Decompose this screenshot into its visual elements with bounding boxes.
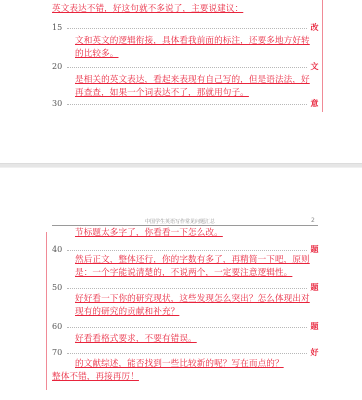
annotation-text: 是相关的英文表达，看起来表现有自己写的，但是语法法，好 <box>75 74 310 87</box>
line-number: 60 <box>52 322 66 331</box>
annotation-text: 文和英文的逻辑衔接，具体看我前面的标注，还要多地方好转 <box>75 35 310 48</box>
dotted-rule <box>67 104 307 105</box>
comment-mark-icon[interactable]: 好 <box>310 348 319 357</box>
line-separator: 50 题 <box>52 285 319 293</box>
annotation-text: 好看看格式要求，不要有错误。 <box>75 333 197 346</box>
comment-mark-icon[interactable]: 意 <box>310 99 319 108</box>
comment-margin-line <box>46 232 47 390</box>
page-header: 中国学生英语写作常见问题汇总 <box>130 218 230 225</box>
comment-mark-icon[interactable]: 题 <box>310 322 319 331</box>
line-number: 50 <box>52 283 66 292</box>
dotted-rule <box>67 327 307 328</box>
line-separator: 70 好 <box>52 350 319 358</box>
header-rule <box>52 225 318 226</box>
dotted-rule <box>67 250 307 251</box>
annotation-text: 整体不错，再接再厉！ <box>52 371 139 384</box>
annotation-text: 英文表达不错，好这句就不多说了，主要说建议： <box>52 3 243 16</box>
annotation-text: 然后正文，整体还行，你的字数有多了，再精简一下吧，原则 <box>75 254 310 267</box>
document-page-1: 英文表达不错，好这句就不多说了，主要说建议： 15 改 文和英文的逻辑衔接，具体… <box>0 0 362 163</box>
comment-mark-icon[interactable]: 文 <box>310 62 319 71</box>
comment-mark-icon[interactable]: 题 <box>310 283 319 292</box>
dotted-rule <box>67 28 307 29</box>
document-page-2: 中国学生英语写作常见问题汇总 2 节标题太多字了，你看看一下怎么改。 40 题 … <box>0 168 362 400</box>
line-number: 15 <box>52 23 66 32</box>
line-separator: 30 意 <box>52 101 319 109</box>
comment-mark-icon[interactable]: 题 <box>310 245 319 254</box>
annotation-text: 是：一个字能说清楚的，不说两个，一定要注意逻辑性。 <box>75 267 292 280</box>
line-separator: 15 改 <box>52 25 319 33</box>
comment-margin-line <box>322 0 323 112</box>
annotation-text: 的文献综述，能否找到一些比较新的呢？写在而点的？ <box>75 358 284 371</box>
annotation-text: 现有的研究的贡献和补充？ <box>75 306 179 319</box>
line-number: 70 <box>52 348 66 357</box>
line-number: 20 <box>52 62 66 71</box>
page-number: 2 <box>311 217 315 224</box>
line-separator: 20 文 <box>52 64 319 72</box>
annotation-text: 节标题太多字了，你看看一下怎么改。 <box>75 227 223 240</box>
annotation-text: 好好看一下你的研究现状，这些发现怎么突出？怎么体现出对 <box>75 293 310 306</box>
annotation-text: 再查查，如果一个词表达不了，那就用句子。 <box>75 87 249 100</box>
dotted-rule <box>67 288 307 289</box>
dotted-rule <box>67 67 307 68</box>
annotation-text: 的比较多。 <box>75 48 118 61</box>
dotted-rule <box>67 353 307 354</box>
line-separator: 60 题 <box>52 324 319 332</box>
line-number: 30 <box>52 99 66 108</box>
line-number: 40 <box>52 245 66 254</box>
comment-mark-icon[interactable]: 改 <box>310 23 319 32</box>
